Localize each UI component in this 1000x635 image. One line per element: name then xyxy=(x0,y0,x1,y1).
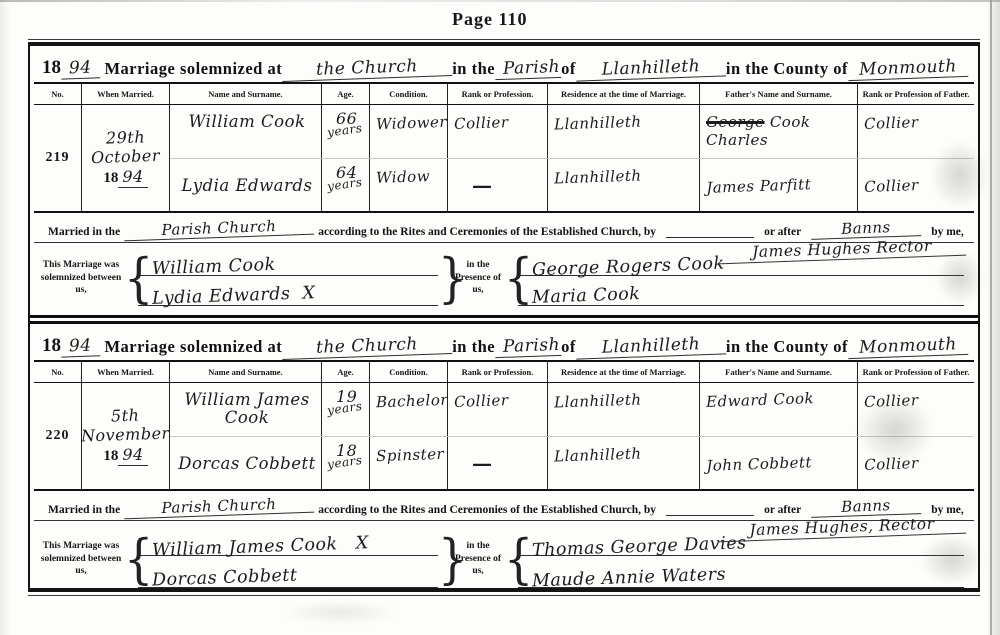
when-married-cell: 29th October 1894 xyxy=(82,105,170,211)
marriage-day: 5th xyxy=(111,407,140,426)
groom-condition: Bachelor xyxy=(376,386,448,411)
col-header-father-name: Father's Name and Surname. xyxy=(700,362,858,382)
col-header-name: Name and Surname. xyxy=(170,84,322,104)
printed-married-in-the: Married in the xyxy=(48,504,120,516)
married-in-handwritten: Parish Church xyxy=(124,496,314,520)
bride-condition: Widow xyxy=(376,162,431,187)
solemnized-between-label: This Marriage was solemnized between us, xyxy=(38,247,124,309)
open-brace: { xyxy=(504,520,518,598)
groom-father-profession: Collier xyxy=(864,108,919,133)
groom-father-name: George CookCharles xyxy=(706,109,854,149)
col-header-rank: Rank or Profession. xyxy=(448,362,548,382)
father-name-struck: George xyxy=(706,113,765,131)
year-prefix: 18 xyxy=(42,335,61,357)
bride-name: Dorcas Cobbett xyxy=(176,441,318,473)
printed-married-in-the: Married in the xyxy=(48,226,120,238)
col-header-age: Age. xyxy=(322,362,370,382)
printed-of: of xyxy=(561,337,576,357)
bride-father-name: James Parfitt xyxy=(705,161,811,197)
printed-by-me: by me, xyxy=(931,226,964,238)
signature-line: William James Cook X xyxy=(138,530,438,556)
open-brace: { xyxy=(124,242,138,313)
groom-profession: Collier xyxy=(454,386,509,411)
place-handwritten: the Church xyxy=(282,57,453,82)
col-header-when-married: When Married. xyxy=(82,362,170,382)
printed-by-me: by me, xyxy=(931,504,964,516)
col-header-residence: Residence at the time of Marriage. xyxy=(548,362,700,382)
column-headers: No. When Married. Name and Surname. Age.… xyxy=(34,84,974,105)
father-name-correction: Charles xyxy=(706,131,768,149)
groom-father-profession: Collier xyxy=(864,386,919,411)
groom-name: William Cook xyxy=(176,109,318,131)
bride-condition: Spinster xyxy=(376,440,445,465)
groom-signature: William James Cook X xyxy=(152,535,369,560)
col-header-condition: Condition. xyxy=(370,84,448,104)
printed-or-after: or after xyxy=(764,504,801,516)
register-entry-220: 18 94 Marriage solemnized at the Church … xyxy=(30,324,978,599)
groom-residence: Llanhilleth xyxy=(554,107,642,133)
col-header-father-rank: Rank or Profession of Father. xyxy=(858,362,974,382)
register-entry-219: 18 94 Marriage solemnized at the Church … xyxy=(30,46,978,315)
bride-father-profession: Collier xyxy=(863,440,919,474)
entry-number: 219 xyxy=(46,150,70,166)
bride-profession: — xyxy=(454,163,544,197)
groom-condition: Widower xyxy=(376,108,448,133)
bride-row: Dorcas Cobbett 18years Spinster — Llanhi… xyxy=(170,436,974,489)
marriage-year-printed: 18 xyxy=(103,448,118,464)
county-handwritten: Monmouth xyxy=(848,336,969,359)
spouse-signatures: William James Cook X Dorcas Cobbett xyxy=(138,525,438,593)
printed-solemnized-at: Marriage solemnized at xyxy=(104,59,282,79)
entry-number-cell: 220 xyxy=(34,383,82,489)
witness-signatures: Thomas George Davies Maude Annie Waters xyxy=(518,525,964,593)
col-header-father-name: Father's Name and Surname. xyxy=(700,84,858,104)
by-blank xyxy=(666,504,754,516)
witness-signature-2: Maria Cook xyxy=(532,286,641,307)
groom-residence: Llanhilleth xyxy=(554,385,642,411)
page-title: Page 110 xyxy=(452,9,528,30)
entry-number: 220 xyxy=(46,428,70,444)
close-brace: } xyxy=(438,520,452,598)
entry-219-header: 18 94 Marriage solemnized at the Church … xyxy=(34,46,974,82)
married-in-line: Married in the Parish Church according t… xyxy=(34,213,974,243)
year-handwritten: 94 xyxy=(61,59,100,79)
col-header-residence: Residence at the time of Marriage. xyxy=(548,84,700,104)
col-header-father-rank: Rank or Profession of Father. xyxy=(858,84,974,104)
parish-name-handwritten: Llanhilleth xyxy=(576,335,727,359)
printed-in-the: in the xyxy=(452,337,495,357)
bride-signature: Dorcas Cobbett xyxy=(152,568,298,591)
groom-signature: William Cook xyxy=(152,257,276,279)
printed-or-after: or after xyxy=(764,226,801,238)
signature-line: Dorcas Cobbett xyxy=(138,562,438,588)
col-header-name: Name and Surname. xyxy=(170,362,322,382)
marriage-year-printed: 18 xyxy=(103,170,118,186)
signature-line: Thomas George Davies xyxy=(518,530,964,556)
witness-signature-1: Thomas George Davies xyxy=(532,535,747,560)
bride-profession: — xyxy=(454,441,544,475)
signature-line: William Cook xyxy=(138,250,438,276)
printed-rites: according to the Rites and Ceremonies of… xyxy=(318,226,656,238)
certification-section: This Marriage was solemnized between us,… xyxy=(34,243,974,315)
groom-row: William James Cook 19years Bachelor Coll… xyxy=(170,383,974,436)
parish-word-handwritten: Parish xyxy=(495,59,562,80)
signature-line: Lydia Edwards X xyxy=(138,280,438,306)
marriage-year-handwritten: 94 xyxy=(118,167,147,188)
printed-county-of: in the County of xyxy=(726,59,848,79)
year-handwritten: 94 xyxy=(61,337,100,357)
marriage-day: 29th xyxy=(106,128,146,148)
col-header-no: No. xyxy=(34,362,82,382)
bride-father-name: John Cobbett xyxy=(705,439,812,475)
col-header-age: Age. xyxy=(322,84,370,104)
year-prefix: 18 xyxy=(42,57,61,79)
printed-rites: according to the Rites and Ceremonies of… xyxy=(318,504,656,516)
col-header-no: No. xyxy=(34,84,82,104)
witness-signature-1: George Rogers Cook xyxy=(532,255,725,279)
entry-219-table: No. When Married. Name and Surname. Age.… xyxy=(34,82,974,213)
entry-number-cell: 219 xyxy=(34,105,82,211)
signature-line: Maude Annie Waters xyxy=(518,562,964,588)
place-handwritten: the Church xyxy=(282,335,453,360)
col-header-condition: Condition. xyxy=(370,362,448,382)
printed-county-of: in the County of xyxy=(726,337,848,357)
groom-profession: Collier xyxy=(454,108,509,133)
marriage-month: October xyxy=(91,146,161,167)
married-in-handwritten: Parish Church xyxy=(124,218,314,242)
groom-name: William James Cook xyxy=(176,387,318,427)
witness-signatures: George Rogers Cook Maria Cook xyxy=(518,247,964,309)
when-married-cell: 5th November 1894 xyxy=(82,383,170,489)
entry-220-table: No. When Married. Name and Surname. Age.… xyxy=(34,360,974,491)
col-header-rank: Rank or Profession. xyxy=(448,84,548,104)
printed-in-the: in the xyxy=(452,59,495,79)
bride-residence: Llanhilleth xyxy=(554,439,642,465)
open-brace: { xyxy=(124,520,138,598)
married-in-line: Married in the Parish Church according t… xyxy=(34,491,974,521)
column-headers: No. When Married. Name and Surname. Age.… xyxy=(34,362,974,383)
col-header-when-married: When Married. xyxy=(82,84,170,104)
signature-line: Maria Cook xyxy=(518,280,964,306)
signature-line: George Rogers Cook xyxy=(518,250,964,276)
entry-divider-rule xyxy=(30,315,978,324)
marriage-register-form: 18 94 Marriage solemnized at the Church … xyxy=(28,42,980,592)
close-brace: } xyxy=(438,242,452,313)
bride-name: Lydia Edwards xyxy=(176,163,318,195)
bride-residence: Llanhilleth xyxy=(554,161,642,187)
witness-signature-2: Maude Annie Waters xyxy=(532,567,727,591)
banns-handwritten: Banns xyxy=(811,219,922,240)
spouse-signatures: William Cook Lydia Edwards X xyxy=(138,247,438,309)
bride-signature: Lydia Edwards X xyxy=(152,285,316,308)
bride-row: Lydia Edwards 64years Widow — Llanhillet… xyxy=(170,158,974,211)
bride-father-profession: Collier xyxy=(863,162,919,196)
groom-row: William Cook 66years Widower Collier Lla… xyxy=(170,105,974,158)
parish-word-handwritten: Parish xyxy=(495,337,562,358)
county-handwritten: Monmouth xyxy=(848,58,969,81)
printed-of: of xyxy=(561,59,576,79)
certification-section: This Marriage was solemnized between us,… xyxy=(34,521,974,599)
parish-name-handwritten: Llanhilleth xyxy=(576,57,727,81)
solemnized-between-label: This Marriage was solemnized between us, xyxy=(38,525,124,593)
entry-220-header: 18 94 Marriage solemnized at the Church … xyxy=(34,324,974,360)
by-blank xyxy=(666,226,754,238)
marriage-month: November xyxy=(81,424,170,445)
marriage-year-handwritten: 94 xyxy=(118,445,147,466)
banns-handwritten: Banns xyxy=(811,497,922,518)
printed-solemnized-at: Marriage solemnized at xyxy=(104,337,282,357)
open-brace: { xyxy=(504,242,518,313)
groom-father-name: Edward Cook xyxy=(706,385,815,411)
